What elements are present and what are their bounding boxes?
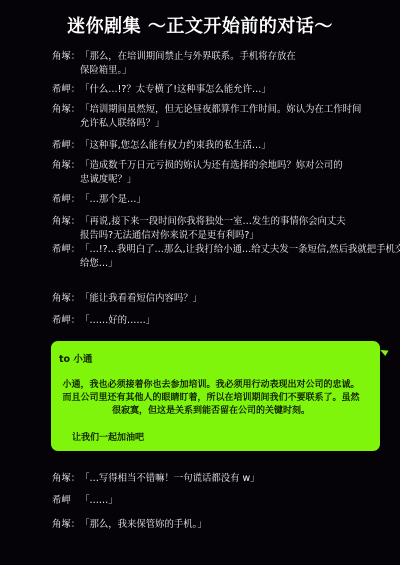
speaker-name: 希岬： xyxy=(52,243,80,257)
dialogue-text: 「……好的……」 xyxy=(80,315,155,326)
dialogue-text: 「再说,接下来一段时间你我将独处一室…发生的事情你会向丈夫 xyxy=(80,216,345,227)
speaker-name: 角塚： xyxy=(52,292,80,306)
speaker-name: 角塚： xyxy=(52,159,80,173)
dialogue-text: 「这种事,您怎么能有权力约束我的私生活…」 xyxy=(80,140,270,151)
dialogue-text: 「那么，我来保管妳的手机。」 xyxy=(80,519,207,530)
message-body: 小通，我也必须接着你也去参加培训。我必须用行动表现出对公司的忠诚。而且公司里还有… xyxy=(61,379,361,418)
speaker-name: 希岬： xyxy=(52,314,80,328)
speaker-name: 角塚： xyxy=(52,50,80,64)
dialogue-line: 角塚：「…写得相当不错嘛！一句谎话都没有 w」 xyxy=(52,472,260,486)
dialogue-line: 希岬 「……」 xyxy=(52,494,118,508)
dialogue-text-continued: 给您…」 xyxy=(52,257,400,271)
page-title: 迷你剧集 ～正文开始前的对话～ xyxy=(0,12,400,38)
dialogue-text-continued: 报告吗?无法通信对你来说不是更有利吗?」 xyxy=(52,229,346,243)
dialogue-line: 角塚：「那么，我来保管妳的手机。」 xyxy=(52,518,207,532)
dialogue-text: 「……」 xyxy=(80,495,118,506)
dialogue-line: 角塚：「那么，在培训期间禁止与外界联系。手机将存放在保险箱里。」 xyxy=(52,50,296,78)
dialogue-line: 角塚：「造成数千万日元亏损的妳认为还有选择的余地吗？妳对公司的忠诚度呢？」 xyxy=(52,159,343,187)
dialogue-text-continued: 忠诚度呢？」 xyxy=(52,173,343,187)
dialogue-line: 角塚：「培训期间虽然短，但无论昼夜都算作工作时间。妳认为在工作时间允许私人联络吗… xyxy=(52,103,361,131)
dialogue-text: 「什么…!?？太专横了!这种事怎么能允许…」 xyxy=(80,84,271,95)
message-closing: 让我们一起加油吧 xyxy=(72,430,144,443)
dialogue-text: 「培训期间虽然短，但无论昼夜都算作工作时间。妳认为在工作时间 xyxy=(80,104,361,115)
dialogue-line: 角塚：「能让我看看短信内容吗？」 xyxy=(52,292,202,306)
speaker-name: 希岬： xyxy=(52,83,80,97)
dialogue-line: 希岬：「这种事,您怎么能有权力约束我的私生活…」 xyxy=(52,139,271,153)
speaker-name: 角塚： xyxy=(52,518,80,532)
speaker-name: 希岬： xyxy=(52,139,80,153)
dialogue-line: 希岬：「……好的……」 xyxy=(52,314,155,328)
dialogue-text: 「能让我看看短信内容吗？」 xyxy=(80,293,202,304)
speaker-name: 希岬： xyxy=(52,193,80,207)
dialogue-text: 「造成数千万日元亏损的妳认为还有选择的余地吗？妳对公司的 xyxy=(80,160,343,171)
dialogue-text-continued: 保险箱里。」 xyxy=(52,64,296,78)
dialogue-text: 「…!?…我明白了…那么,让我打给小通…给丈夫发一条短信,然后我就把手机交 xyxy=(80,244,400,255)
speaker-name: 角塚： xyxy=(52,472,80,486)
dialogue-line: 希岬：「什么…!?？太专横了!这种事怎么能允许…」 xyxy=(52,83,271,97)
dialogue-text: 「…那个是…」 xyxy=(80,194,146,205)
text-message-bubble: to 小通 小通，我也必须接着你也去参加培训。我必须用行动表现出对公司的忠诚。而… xyxy=(51,341,380,451)
dialogue-line: 希岬：「…那个是…」 xyxy=(52,193,146,207)
dialogue-text: 「…写得相当不错嘛！一句谎话都没有 w」 xyxy=(80,473,259,484)
dialogue-line: 角塚：「再说,接下来一段时间你我将独处一室…发生的事情你会向丈夫报告吗?无法通信… xyxy=(52,215,346,243)
speaker-name: 角塚： xyxy=(52,215,80,229)
speaker-name: 角塚： xyxy=(52,103,80,117)
speaker-name: 希岬 xyxy=(52,494,80,508)
message-recipient: to 小通 xyxy=(59,351,92,365)
dialogue-text: 「那么，在培训期间禁止与外界联系。手机将存放在 xyxy=(80,51,296,62)
dialogue-text-continued: 允许私人联络吗？」 xyxy=(52,117,361,131)
bubble-tail xyxy=(380,346,390,356)
dialogue-line: 希岬：「…!?…我明白了…那么,让我打给小通…给丈夫发一条短信,然后我就把手机交… xyxy=(52,243,400,271)
